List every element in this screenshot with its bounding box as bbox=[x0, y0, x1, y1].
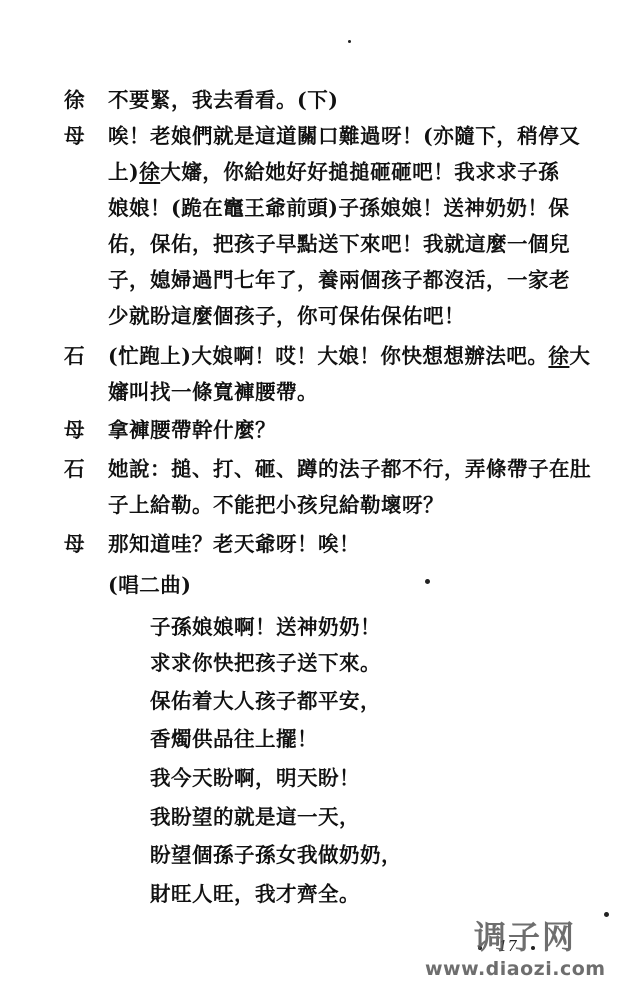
song-line: 盼望個孫子孫女我做奶奶， bbox=[150, 843, 402, 867]
dialogue-line: 佑，保佑，把孩子早點送下來吧！我就這麼一個兒 bbox=[108, 232, 570, 256]
text-segment: 上) bbox=[108, 160, 139, 184]
text-segment: 大 bbox=[569, 344, 590, 368]
scanned-script-page: 徐 不要緊，我去看看。(下) 母 唉！老娘們就是這道關口難過呀！(亦隨下，稍停又… bbox=[0, 0, 640, 985]
stage-direction: (唱二曲) bbox=[108, 573, 191, 597]
speaker-mother: 母 bbox=[64, 532, 85, 556]
song-line: 香燭供品往上擺！ bbox=[150, 727, 318, 751]
speaker-shi: 石 bbox=[64, 344, 85, 368]
underlined-name: 徐 bbox=[548, 344, 569, 368]
watermark-url: www.diaozi.com bbox=[425, 958, 606, 980]
dialogue-line: 娘娘！(跪在竈王爺前頭)子孫娘娘！送神奶奶！保 bbox=[108, 196, 569, 220]
speaker-xu: 徐 bbox=[64, 88, 85, 112]
dialogue-line: 她說：搥、打、砸、蹲的法子都不行，弄條帶子在肚 bbox=[108, 457, 591, 481]
dialogue-line: 子上給勒。不能把小孩兒給勒壞呀？ bbox=[108, 493, 444, 517]
song-line: 財旺人旺，我才齊全。 bbox=[150, 882, 360, 906]
scan-speck bbox=[348, 40, 351, 43]
dialogue-line: 不要緊，我去看看。(下) bbox=[108, 88, 338, 112]
song-line: 求求你快把孩子送下來。 bbox=[150, 651, 381, 675]
scan-speck bbox=[604, 912, 609, 917]
speaker-shi: 石 bbox=[64, 457, 85, 481]
dialogue-line: 那知道哇？老天爺呀！唉！ bbox=[108, 532, 360, 556]
dialogue-line: 上)徐大嬸，你給她好好搥搥砸砸吧！我求求子孫 bbox=[108, 160, 559, 184]
underlined-name: 徐 bbox=[139, 160, 160, 184]
song-line: 我盼望的就是這一天， bbox=[150, 805, 360, 829]
speaker-mother: 母 bbox=[64, 418, 85, 442]
dialogue-line: 子，媳婦過門七年了，養兩個孩子都沒活，一家老 bbox=[108, 268, 570, 292]
dialogue-line: 唉！老娘們就是這道關口難過呀！(亦隨下，稍停又 bbox=[108, 124, 580, 148]
dialogue-line: 拿褲腰帶幹什麼？ bbox=[108, 418, 276, 442]
watermark-title: 调子网 bbox=[474, 912, 576, 958]
dialogue-line: 嬸叫找一條寬褲腰帶。 bbox=[108, 380, 318, 404]
dialogue-line: 少就盼這麼個孩子，你可保佑保佑吧！ bbox=[108, 304, 465, 328]
dialogue-line: (忙跑上)大娘啊！哎！大娘！你快想想辦法吧。徐大 bbox=[108, 344, 590, 368]
song-line: 子孫娘娘啊！送神奶奶！ bbox=[150, 615, 381, 639]
song-line: 我今天盼啊，明天盼！ bbox=[150, 766, 360, 790]
song-line: 保佑着大人孩子都平安， bbox=[150, 689, 381, 713]
text-segment: (忙跑上)大娘啊！哎！大娘！你快想想辦法吧。 bbox=[108, 344, 548, 368]
text-segment: 大嬸，你給她好好搥搥砸砸吧！我求求子孫 bbox=[160, 160, 559, 184]
speaker-mother: 母 bbox=[64, 124, 85, 148]
scan-speck bbox=[425, 579, 430, 584]
